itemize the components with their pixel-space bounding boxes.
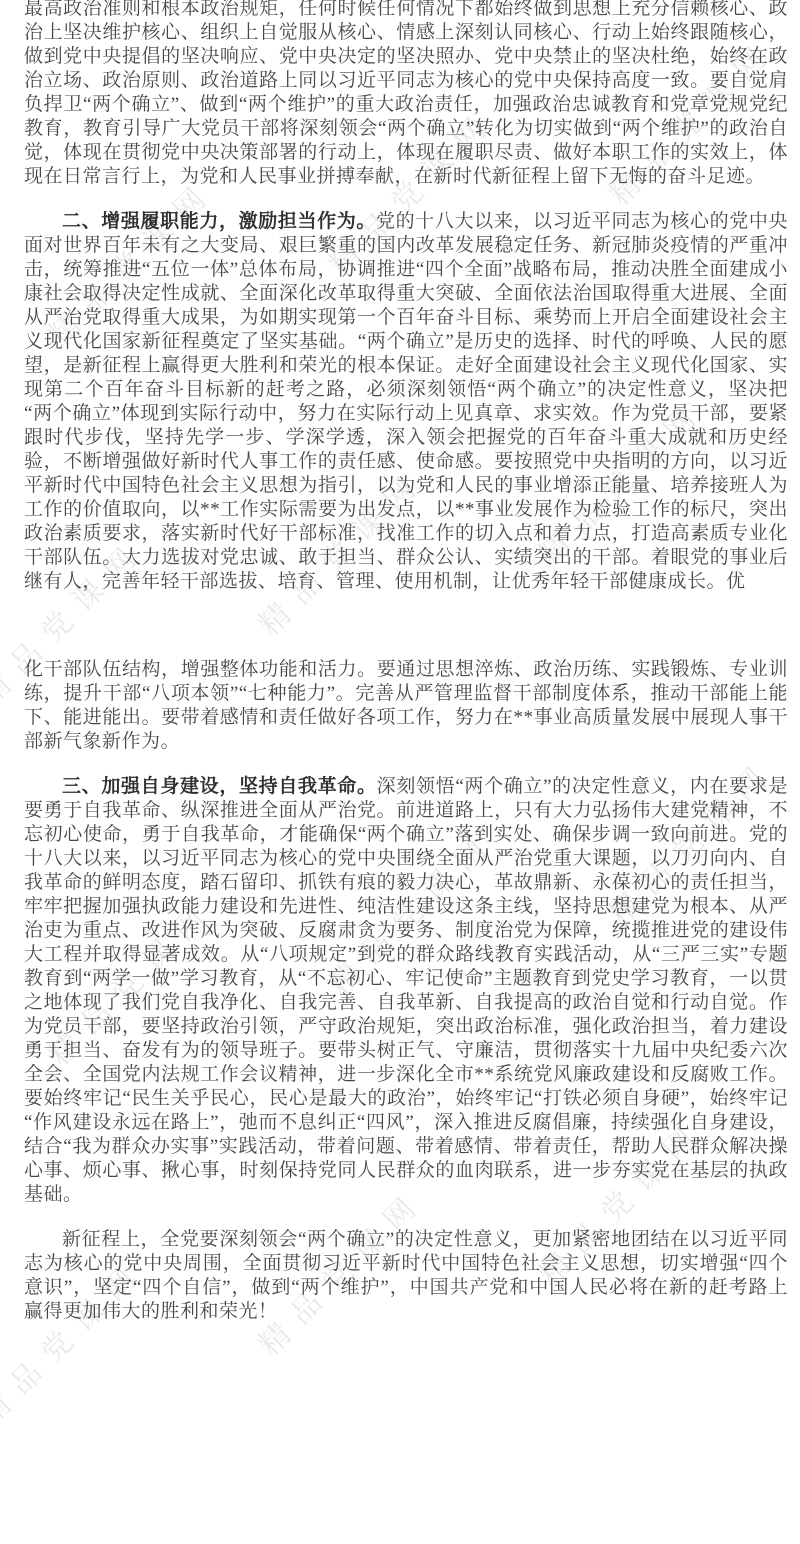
paragraph-section-2-continued: 化干部队伍结构，增强整体功能和活力。要通过思想淬炼、政治历练、实践锻炼、专业训练… bbox=[24, 658, 788, 754]
paragraph-text: 最高政治准则和根本政治规矩，任何时候任何情况下都始终做到思想上充分信赖核心、政治… bbox=[24, 0, 788, 187]
paragraph-section-3: 三、加强自身建设，坚持自我革命。深刻领悟“两个确立”的决定性意义，内在要求是要勇… bbox=[24, 775, 788, 1207]
paragraph-section-2: 二、增强履职能力，激励担当作为。党的十八大以来，以习近平同志为核心的党中央面对世… bbox=[24, 210, 788, 594]
section-3-heading: 三、加强自身建设，坚持自我革命。 bbox=[62, 776, 377, 797]
paragraph-text: 党的十八大以来，以习近平同志为核心的党中央面对世界百年未有之大变局、艰巨繁重的国… bbox=[24, 211, 788, 592]
section-2-heading: 二、增强履职能力，激励担当作为。 bbox=[62, 211, 376, 232]
paragraph-text: 化干部队伍结构，增强整体功能和活力。要通过思想淬炼、政治历练、实践锻炼、专业训练… bbox=[24, 659, 788, 752]
paragraph-text: 深刻领悟“两个确立”的决定性意义，内在要求是要勇于自我革命、纵深推进全面从严治党… bbox=[24, 776, 788, 1205]
paragraph-continuation-top: 最高政治准则和根本政治规矩，任何时候任何情况下都始终做到思想上充分信赖核心、政治… bbox=[24, 0, 788, 189]
document-page: 最高政治准则和根本政治规矩，任何时候任何情况下都始终做到思想上充分信赖核心、政治… bbox=[24, 0, 788, 1324]
paragraph-text: 新征程上，全党要深刻领会“两个确立”的决定性意义，更加紧密地团结在以习近平同志为… bbox=[24, 1229, 788, 1322]
paragraph-closing: 新征程上，全党要深刻领会“两个确立”的决定性意义，更加紧密地团结在以习近平同志为… bbox=[24, 1228, 788, 1324]
